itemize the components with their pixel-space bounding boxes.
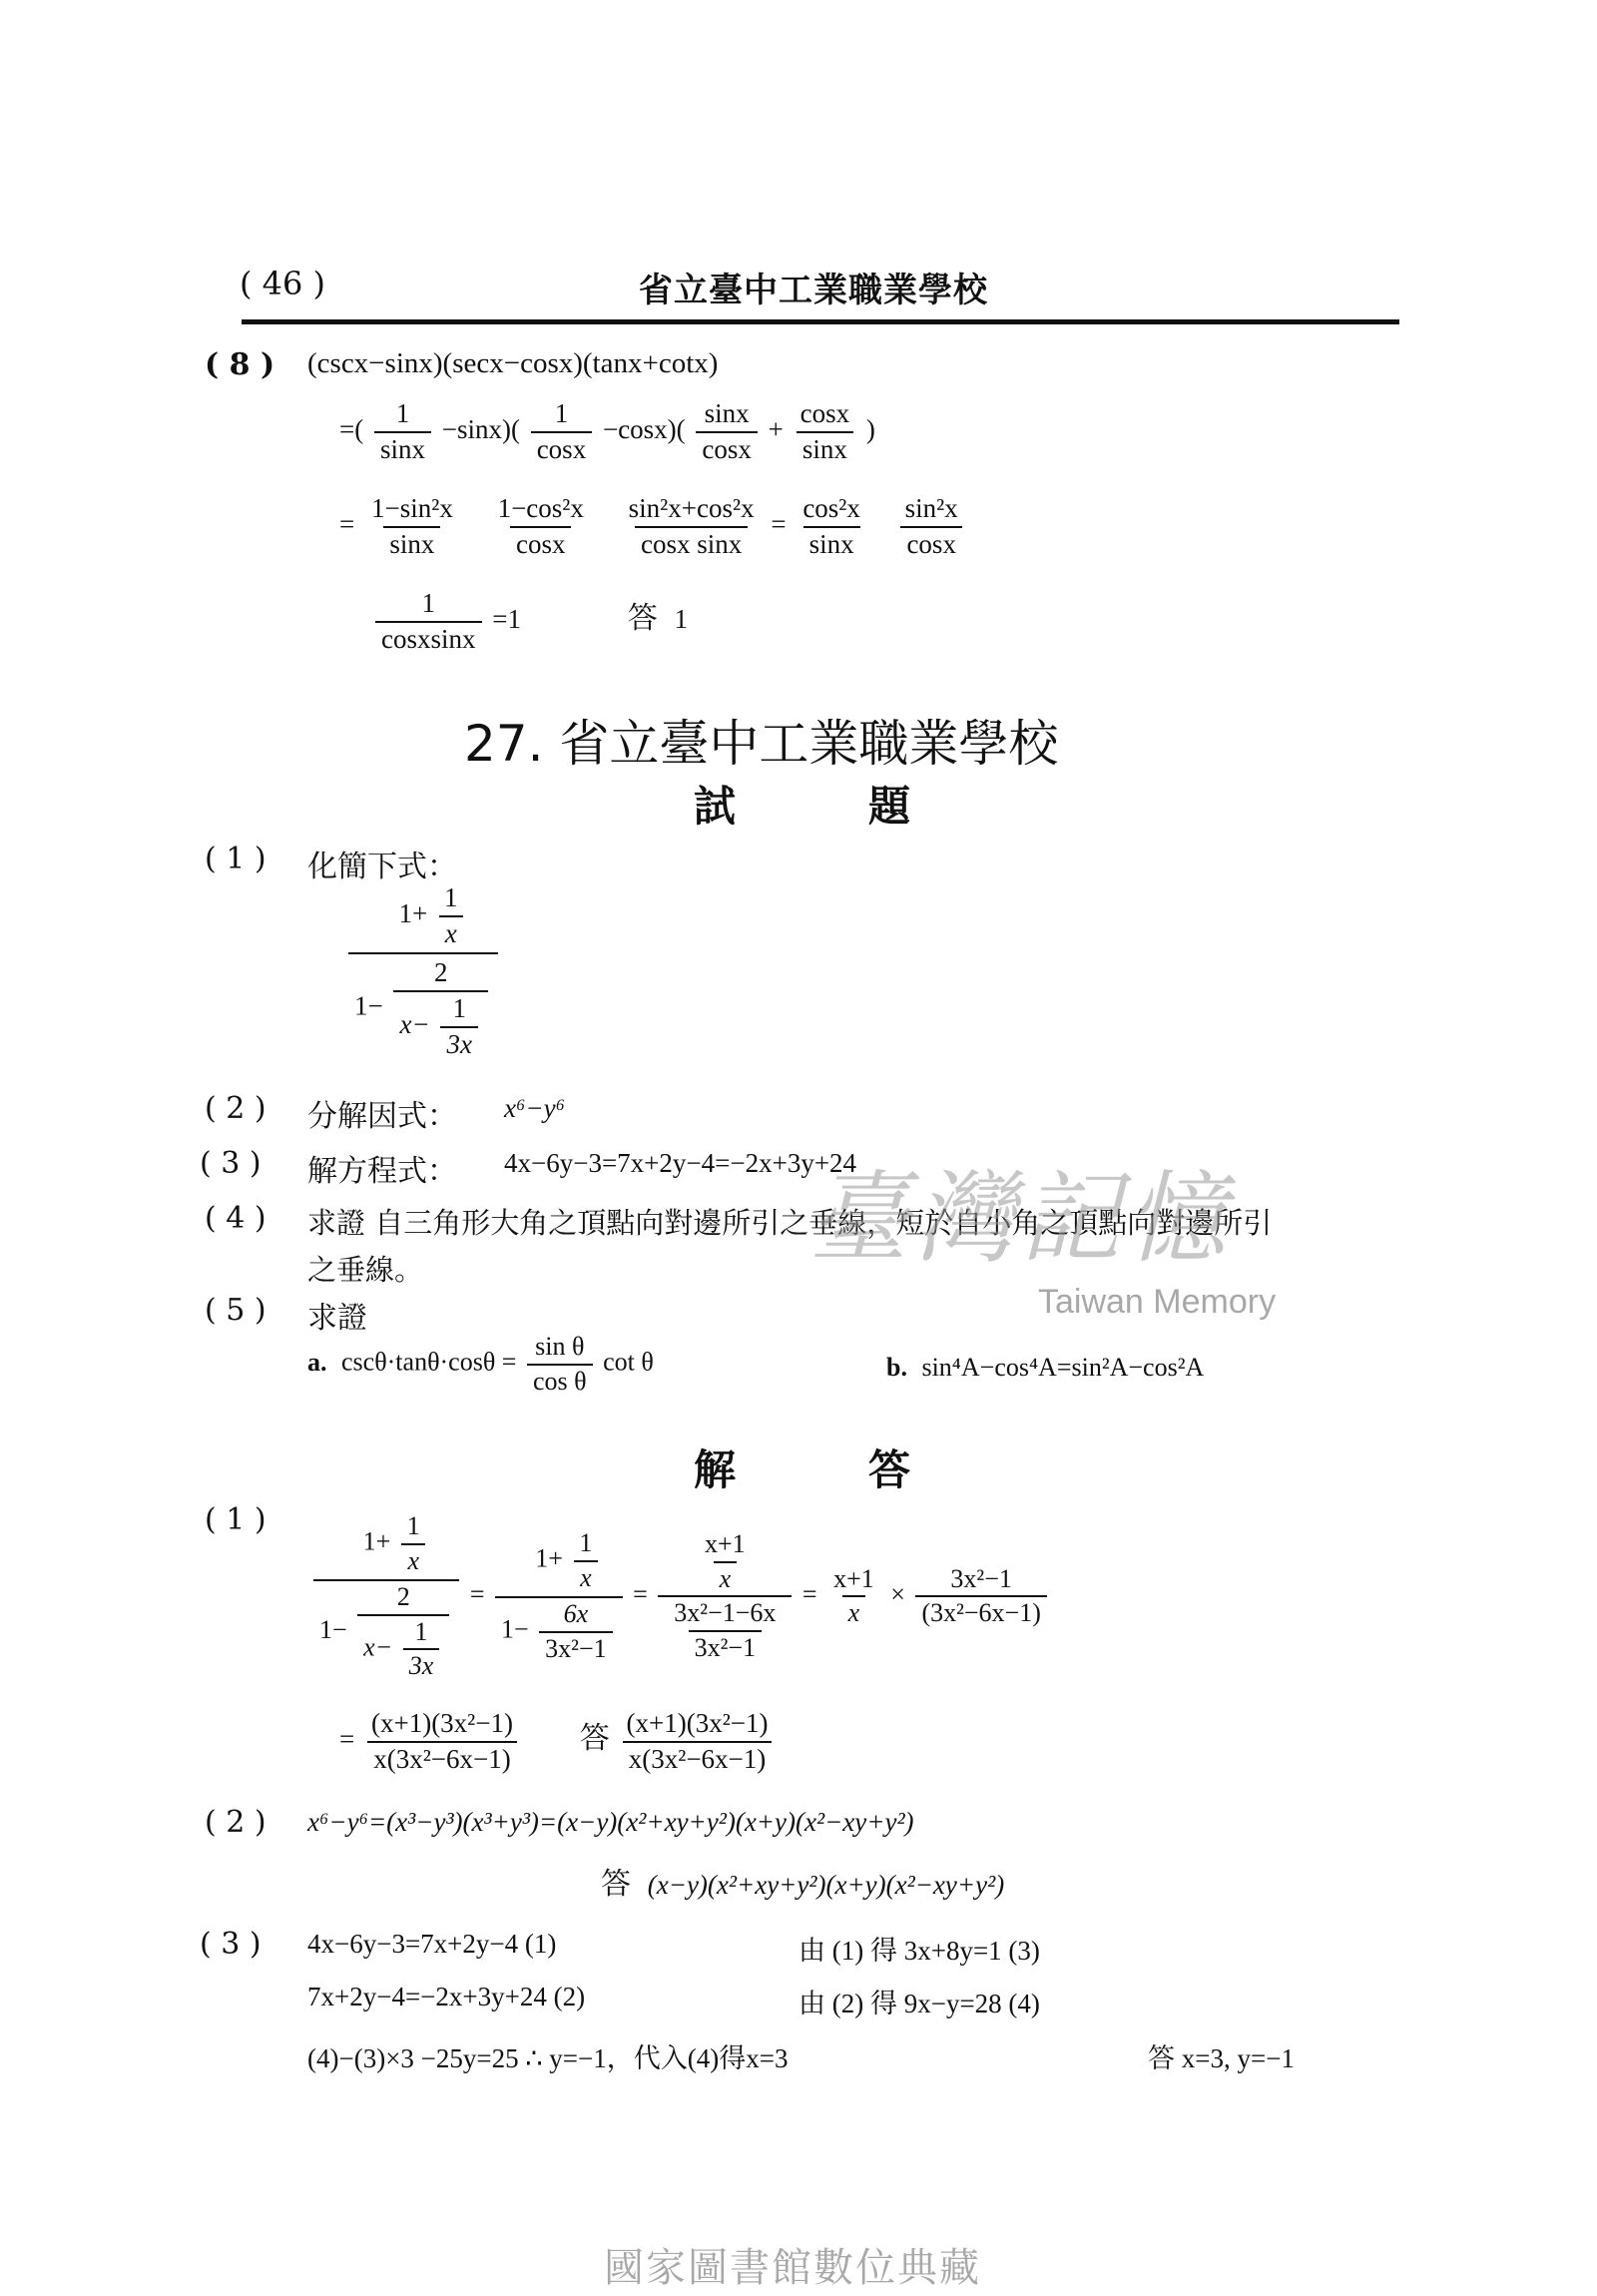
answer-2-line1: x⁶−y⁶=(x³−y³)(x³+y³)=(x−y)(x²+xy+y²)(x+y… xyxy=(307,1807,914,1838)
footer-collection-label: 國家圖書館數位典藏 xyxy=(604,2236,981,2293)
prev-solution-line1: (cscx−sinx)(secx−cosx)(tanx+cotx) xyxy=(307,347,718,380)
question-4-text-cont: 之垂線。 xyxy=(307,1248,423,1289)
complex-fraction: 1+ 1x 1− 2 x− 13x xyxy=(313,1512,459,1681)
fraction: 1cosxsinx xyxy=(375,589,482,654)
question-3-expression: 4x−6y−3=7x+2y−4=−2x+3y+24 xyxy=(504,1148,856,1179)
answer-1-label: ( 1 ) xyxy=(205,1502,266,1537)
answer-value: 1 xyxy=(674,604,688,634)
running-title: 省立臺中工業職業學校 xyxy=(639,263,988,311)
question-4-label: ( 4 ) xyxy=(205,1201,266,1236)
question-5b: b. sin⁴A−cos⁴A=sin²A−cos²A xyxy=(886,1353,1204,1383)
answer-1-result: = (x+1)(3x²−1)x(3x²−6x−1) 答 (x+1)(3x²−1)… xyxy=(339,1709,779,1774)
fraction: 1−sin²xsinx xyxy=(365,494,459,559)
answer-3-line2-left: 7x+2y−4=−2x+3y+24 (2) xyxy=(307,1982,585,2012)
answer-3-line1-right: 由 (1) 得 3x+8y=1 (3) xyxy=(798,1929,1040,1968)
complex-fraction: 1+ 1x 1− 6x3x²−1 xyxy=(495,1529,623,1663)
fraction: 1−cos²xcosx xyxy=(492,494,590,559)
answer-1-derivation: 1+ 1x 1− 2 x− 13x = 1+ 1x 1− 6x3x²−1 = x… xyxy=(309,1512,1051,1681)
answer-2-final: 答 (x−y)(x²+xy+y²)(x+y)(x²−xy+y²) xyxy=(601,1859,1004,1903)
answer-3-line3-right: 答 x=3, y=−1 xyxy=(1148,2036,1295,2075)
answers-heading-1: 解 xyxy=(694,1437,736,1497)
question-1-expression: 1+ 1x 1− 2 x− 13x xyxy=(344,883,502,1059)
prev-solution-line2: =( 1sinx −sinx)( 1cosx −cosx)( sinxcosx … xyxy=(339,399,875,464)
section-title: 27. 省立臺中工業職業學校 xyxy=(464,704,1058,776)
answer-3-line1-left: 4x−6y−3=7x+2y−4 (1) xyxy=(307,1929,556,1960)
question-1-text: 化簡下式： xyxy=(307,842,457,885)
fraction: 1sinx xyxy=(374,399,431,464)
complex-fraction: x+1x 3x²−1−6x3x²−1 xyxy=(658,1530,792,1662)
eq-sign: =( xyxy=(339,414,363,444)
fraction: 1cosx xyxy=(531,399,593,464)
question-2-text: 分解因式： xyxy=(307,1091,457,1135)
answer-label: 答 xyxy=(601,1867,631,1902)
watermark-calligraphy: 臺灣記憶 xyxy=(808,1138,1232,1282)
question-3-label: ( 3 ) xyxy=(200,1146,262,1181)
question-5-text: 求證 xyxy=(307,1293,367,1337)
complex-fraction: 1+ 1x 1− 2 x− 13x xyxy=(348,883,498,1059)
fraction: cos²xsinx xyxy=(797,494,866,559)
answer-label: 答 xyxy=(580,1721,610,1756)
question-2-expression: x⁶−y⁶ xyxy=(504,1093,565,1124)
question-1-label: ( 1 ) xyxy=(205,842,266,876)
page-number: ( 46 ) xyxy=(240,265,325,302)
answer-3-line2-right: 由 (2) 得 9x−y=28 (4) xyxy=(798,1982,1040,2020)
fraction: sin²x+cos²xcosx sinx xyxy=(623,494,761,559)
question-5a: a. cscθ·tanθ·cosθ = sin θcos θ cot θ xyxy=(307,1333,654,1396)
watermark-english: Taiwan Memory xyxy=(1038,1283,1276,1322)
questions-heading-2: 題 xyxy=(868,774,910,834)
answers-heading-2: 答 xyxy=(868,1437,910,1497)
header-rule xyxy=(242,319,1399,324)
question-3-text: 解方程式： xyxy=(307,1146,457,1190)
answer-label: 答 xyxy=(628,601,658,636)
answer-3-label: ( 3 ) xyxy=(200,1927,262,1962)
fraction: cosxsinx xyxy=(795,399,856,464)
prev-solution-line3: = 1−sin²xsinx 1−cos²xcosx sin²x+cos²xcos… xyxy=(339,494,968,559)
question-2-label: ( 2 ) xyxy=(205,1091,266,1126)
prev-solution-line4: 1cosxsinx =1 答 1 xyxy=(371,589,688,654)
questions-heading-1: 試 xyxy=(694,774,736,834)
question-5-label: ( 5 ) xyxy=(205,1293,266,1328)
fraction: sinxcosx xyxy=(696,399,758,464)
answer-2-label: ( 2 ) xyxy=(205,1805,266,1840)
fraction: sin²xcosx xyxy=(899,494,964,559)
prev-solution-label: ( 8 ) xyxy=(205,347,274,382)
answer-3-line3-left: (4)−(3)×3 −25y=25 ∴ y=−1，代入(4)得x=3 xyxy=(307,2036,788,2075)
